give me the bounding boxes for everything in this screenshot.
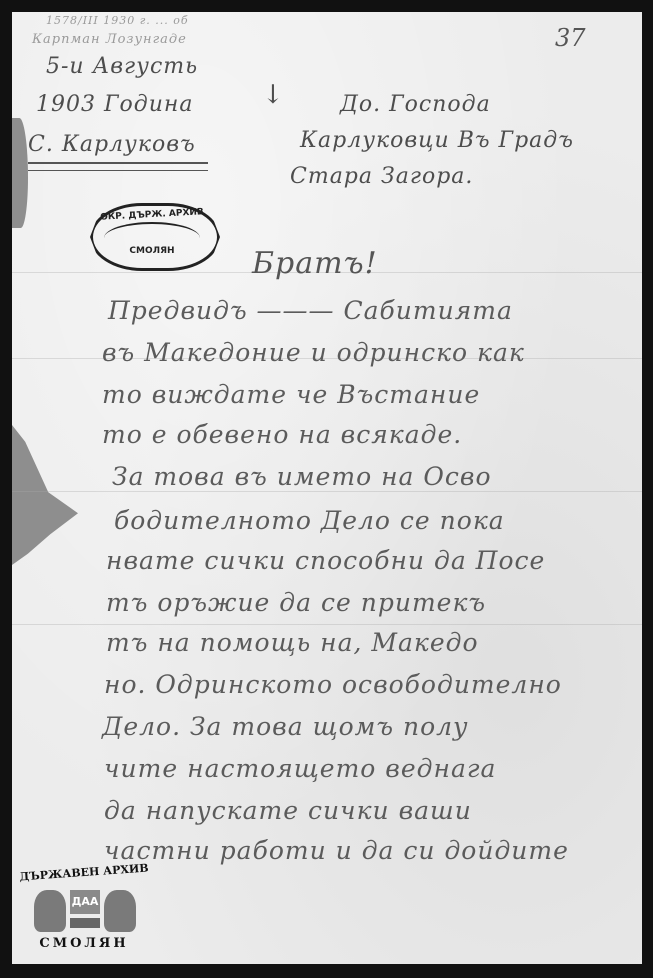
- body-line: то е обевено на всякаде.: [102, 420, 462, 449]
- place-underline: [28, 170, 208, 171]
- date-year: 1903 Година: [36, 92, 194, 117]
- body-line: но. Одринското освободително: [104, 670, 562, 699]
- stamp-bottom-text: СМОЛЯН: [96, 246, 208, 256]
- logo-bottom-text: СМОЛЯН: [14, 936, 154, 951]
- address-line-1: До. Господа: [340, 92, 491, 117]
- ruling-line: [12, 491, 642, 492]
- body-line: то виждате че Въстание: [102, 380, 480, 409]
- body-line: бодителното Дело се пока: [114, 506, 505, 535]
- ruling-line: [12, 624, 642, 625]
- address-line-2: Карлуковци Въ Градъ: [300, 128, 574, 153]
- body-line: Предвидъ ——— Сабитията: [108, 296, 513, 325]
- body-line: частни работи и да си дойдите: [104, 836, 569, 865]
- logo-top-text: ДЪРЖАВЕН АРХИВ: [14, 861, 155, 884]
- body-line: да напускате сички ваши: [104, 796, 472, 825]
- body-line: чите настоящето веднага: [104, 754, 496, 783]
- address-mark-icon: ↓: [262, 80, 285, 110]
- body-line: тъ оръжие да се притекъ: [106, 588, 486, 617]
- faint-header-line: Карпман Лозунгаде: [32, 32, 187, 47]
- place-underline: [28, 162, 208, 164]
- lion-left-icon: [34, 890, 66, 932]
- address-line-3: Стара Загора.: [290, 164, 473, 189]
- body-line: За това въ името на Осво: [112, 462, 492, 491]
- logo-emblem: ДАА: [70, 890, 100, 914]
- body-line: въ Македоние и одринско как: [102, 338, 525, 367]
- date-day: 5-и Августь: [46, 54, 198, 79]
- faint-header-line: 1578/III 1930 г. ... об: [46, 14, 189, 27]
- date-place: С. Карлуковъ: [28, 132, 196, 157]
- page-number: 37: [555, 24, 586, 52]
- flag-icon: [70, 918, 100, 928]
- archive-logo: ДЪРЖАВЕН АРХИВ ДАА СМОЛЯН: [14, 862, 154, 962]
- body-line: тъ на помощь на, Македо: [106, 628, 479, 657]
- lion-right-icon: [104, 890, 136, 932]
- body-line: нвате сички способни да Посе: [106, 546, 545, 575]
- body-line: Дело. За това щомъ полу: [102, 712, 469, 741]
- salutation: Братъ!: [252, 246, 378, 281]
